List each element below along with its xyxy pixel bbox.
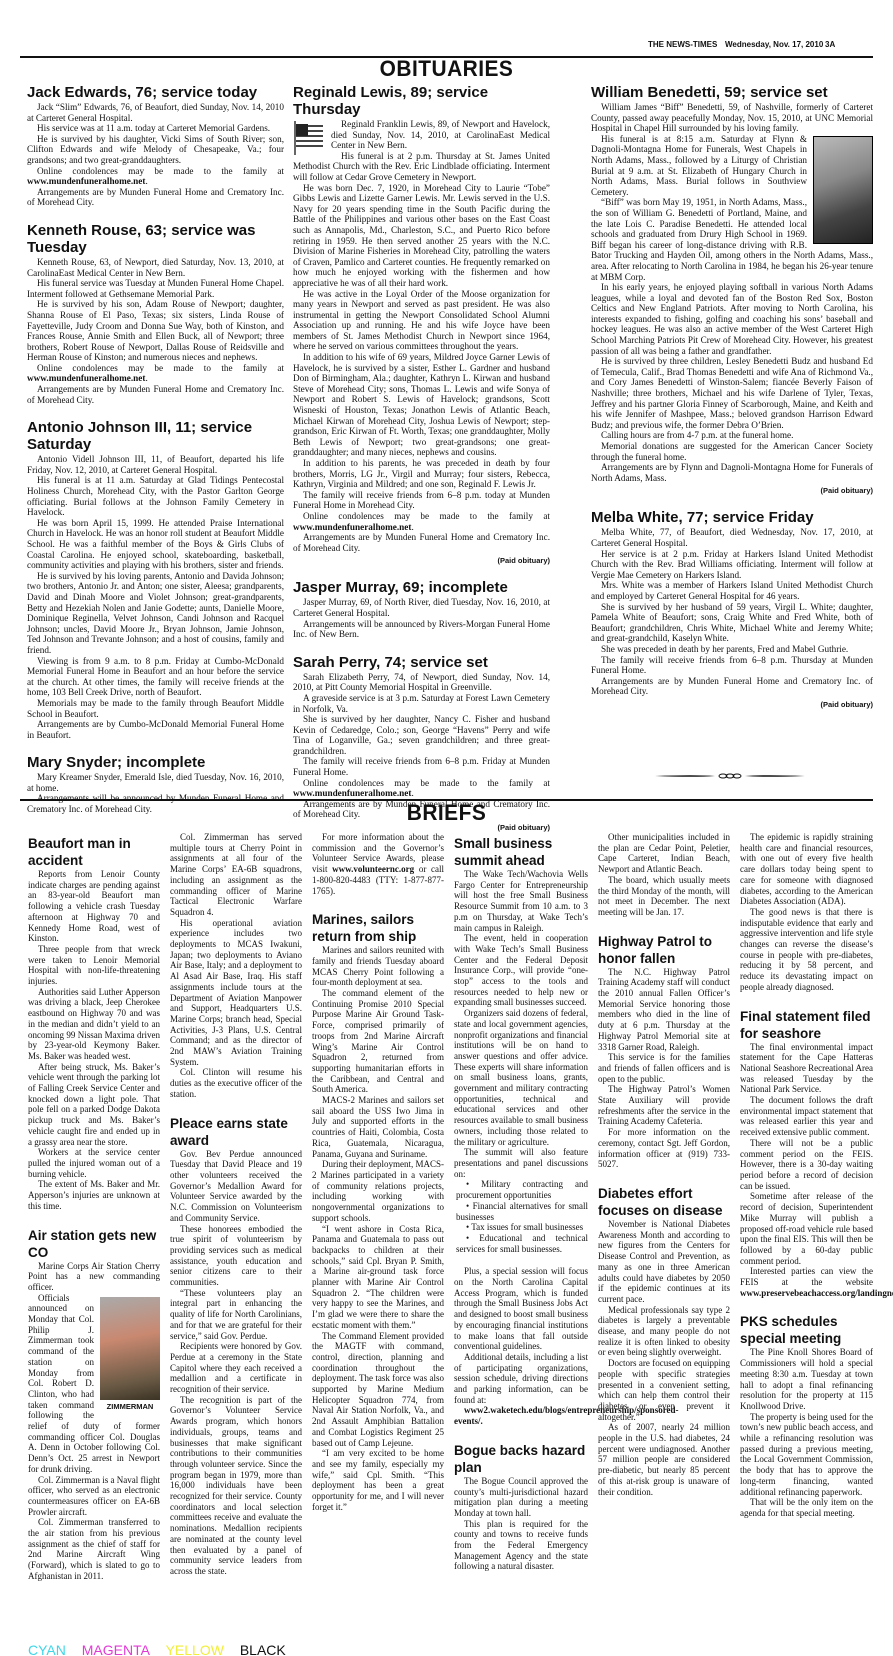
condolence-link[interactable]: www.mundenfuneralhome.net [27,176,145,186]
paragraph: Plus, a special session will focus on th… [454,1266,588,1352]
paragraph: Arrangements are by Cumbo-McDonald Memor… [27,719,284,740]
paragraph: Jasper Murray, 69, of North River, died … [293,597,550,618]
paragraph: Antonio Videll Johnson III, 11, of Beauf… [27,454,284,475]
briefs-column-2: Col. Zimmerman has served multiple tours… [170,832,302,1577]
paragraph: Mary Kreamer Snyder, Emerald Isle, died … [27,772,284,793]
paragraph: Kenneth Rouse, 63, of Newport, died Satu… [27,257,284,278]
paragraph: After being struck, Ms. Baker’s vehicle … [28,1062,160,1148]
paragraph: His operational aviation experience incl… [170,918,302,1068]
obit-murray: Jasper Murray, 69; incomplete Jasper Mur… [293,579,550,639]
paragraph: There will not be a public comment perio… [740,1138,873,1192]
paragraph: The command element of the Continuing Pr… [312,988,444,1095]
brief-diabetes: Diabetes effort focuses on disease Novem… [598,1185,730,1497]
paragraph: Memorials may be made to the family thro… [27,698,284,719]
brief-headline: Small business summit ahead [454,835,588,869]
color-registration-bar: CYAN MAGENTA YELLOW BLACK [28,1642,298,1656]
paragraph: The epidemic is rapidly straining health… [740,832,873,907]
brief-headline: Diabetes effort focuses on disease [598,1185,730,1219]
paragraph: Arrangements are by Munden Funeral Home … [27,187,284,208]
briefs-column-1: Beaufort man in accident Reports from Le… [28,832,160,1582]
paragraph: Melba White, 77, of Beaufort, died Wedne… [591,527,873,548]
obit-lewis: Reginald Lewis, 89; service Thursday Reg… [293,84,550,565]
paragraph: The N.C. Highway Patrol Training Academy… [598,967,730,1053]
paragraph: This service is for the families and fri… [598,1052,730,1084]
zimmerman-photo [100,1297,160,1400]
paragraph: Medical professionals say type 2 diabete… [598,1305,730,1359]
paragraph: The extent of Ms. Baker and Mr. Apperson… [28,1179,160,1211]
paragraph: These honorees embodied the true spirit … [170,1224,302,1288]
brief-pks-meeting: PKS schedules special meeting The Pine K… [740,1313,873,1518]
paragraph: That will be the only item on the agenda… [740,1497,873,1518]
paragraph: November is National Diabetes Awareness … [598,1219,730,1305]
paragraph: In addition to his wife of 69 years, Mil… [293,352,550,458]
obit-headline: William Benedetti, 59; service set [591,84,873,101]
paragraph: “These volunteers play an integral part … [170,1288,302,1342]
paragraph: This plan is required for the county and… [454,1519,588,1573]
paragraph: The property is being used for the town’… [740,1412,873,1498]
paragraph: His funeral service was Tuesday at Munde… [27,278,284,299]
paragraph: • Military contracting and procurement o… [454,1179,588,1200]
publication-name: THE NEWS-TIMES [648,40,717,49]
paid-obituary-label: (Paid obituary) [591,486,873,495]
obit-headline: Jack Edwards, 76; service today [27,84,284,101]
paragraph: • Educational and technical services for… [454,1233,588,1254]
paragraph: He was born April 15, 1999. He attended … [27,518,284,571]
briefs-column-6: The epidemic is rapidly straining health… [740,832,873,1519]
condolence-link[interactable]: www.mundenfuneralhome.net [27,373,145,383]
briefs-column-4: Small business summit ahead The Wake Tec… [454,832,588,1572]
paragraph: Col. Zimmerman transferred to the air st… [28,1517,160,1581]
paragraph: Reginald Franklin Lewis, 89, of Newport … [293,119,550,151]
paragraph: Calling hours are from 4-7 p.m. at the f… [591,430,873,441]
paragraph: The good news is that there is indisputa… [740,907,873,993]
brief-headline: Bogue backs hazard plan [454,1442,588,1476]
paragraph: Online condolences may be made to the fa… [293,511,550,532]
paragraph: Jack “Slim” Edwards, 76, of Beaufort, di… [27,102,284,123]
obit-headline: Sarah Perry, 74; service set [293,654,550,671]
paragraph: Organizers said dozens of federal, state… [454,1008,588,1147]
brief-marines-return: Marines, sailors return from ship Marine… [312,911,444,1512]
brief-headline: Final statement filed for seashore [740,1008,873,1042]
paragraph: She is survived by her daughter, Nancy C… [293,714,550,756]
paragraph: Online condolences may be made to the fa… [27,363,284,384]
brief-headline: Pleace earns state award [170,1115,302,1149]
paragraph: The Highway Patrol’s Women State Auxilia… [598,1084,730,1127]
condolence-link[interactable]: www.mundenfuneralhome.net [293,788,411,798]
brief-seashore-statement: Final statement filed for seashore The f… [740,1008,873,1299]
paragraph: He was born Dec. 7, 1920, in Morehead Ci… [293,183,550,289]
page-number: 3A [825,40,835,49]
section-title-obituaries: OBITUARIES [22,56,870,82]
obit-column-3: William Benedetti, 59; service set Willi… [591,82,873,709]
paragraph: Col. Zimmerman is a Naval flight officer… [28,1475,160,1518]
obit-column-1: Jack Edwards, 76; service today Jack “Sl… [27,82,284,815]
american-flag-icon [293,121,325,155]
paragraph: In his early years, he enjoyed playing s… [591,282,873,356]
brief-highway-patrol: Highway Patrol to honor fallen The N.C. … [598,933,730,1170]
page-header: THE NEWS-TIMES Wednesday, Nov. 17, 2010 … [0,40,893,56]
paid-obituary-label: (Paid obituary) [293,556,550,565]
paragraph: The board, which usually meets the third… [598,875,730,918]
paragraph: His funeral is at 2 p.m. Thursday at St.… [293,151,550,183]
paragraph: His funeral is at 11 a.m. Saturday at Gl… [27,475,284,517]
paragraph: MACS-2 Marines and sailors set sail aboa… [312,1095,444,1159]
obit-rouse: Kenneth Rouse, 63; service was Tuesday K… [27,222,284,405]
obit-headline: Melba White, 77; service Friday [591,509,873,526]
volunteernc-link[interactable]: www.volunteernc.org [332,864,414,874]
paragraph: Arrangements are by Flynn and Dagnoli-Mo… [591,462,873,483]
paragraph: The Pine Knoll Shores Board of Commissio… [740,1347,873,1411]
paragraph: The summit will also feature presentatio… [454,1147,588,1179]
paragraph: Workers at the service center pulled the… [28,1147,160,1179]
brief-pleace-award: Pleace earns state award Gov. Bev Perdue… [170,1115,302,1577]
registration-magenta: MAGENTA [82,1642,150,1656]
obit-headline: Jasper Murray, 69; incomplete [293,579,550,596]
obit-edwards: Jack Edwards, 76; service today Jack “Sl… [27,84,284,208]
brief-headline: Beaufort man in accident [28,835,160,869]
paragraph: Additional details, including a list of … [454,1352,588,1406]
obit-headline: Mary Snyder; incomplete [27,754,284,771]
paragraph: Col. Clinton will resume his duties as t… [170,1067,302,1099]
brief-air-station: Air station gets new CO Marine Corps Air… [28,1227,160,1582]
paragraph: He is survived by his daughter, Vicki Si… [27,134,284,166]
paragraph: “I am very excited to be home and see my… [312,1448,444,1512]
registration-black: BLACK [240,1642,286,1656]
paragraph: A graveside service is at 3 p.m. Saturda… [293,693,550,714]
paragraph: Interested parties can view the FEIS at … [740,1266,873,1298]
brief-beaufort-accident: Beaufort man in accident Reports from Le… [28,835,160,1212]
paragraph: “I went ashore in Costa Rica, Panama and… [312,1224,444,1331]
paragraph: The family will receive friends from 6–8… [293,490,550,511]
paragraph: The Wake Tech/Wachovia Wells Fargo Cente… [454,869,588,933]
paragraph: Doctors are focused on equipping people … [598,1358,730,1422]
condolence-link[interactable]: www.mundenfuneralhome.net [293,522,411,532]
paragraph: His service was at 11 a.m. today at Cart… [27,123,284,134]
photo-caption: ZIMMERMAN [100,1402,160,1411]
paragraph: Viewing is from 9 a.m. to 8 p.m. Friday … [27,656,284,698]
paragraph: Memorial donations are suggested for the… [591,441,873,462]
paragraph: Three people from that wreck were taken … [28,944,160,987]
paid-obituary-label: (Paid obituary) [591,700,873,709]
benedetti-photo [813,136,873,244]
paragraph: The document follows the draft environme… [740,1095,873,1138]
paragraph: Arrangements are by Munden Funeral Home … [293,532,550,553]
obit-benedetti: William Benedetti, 59; service set Willi… [591,84,873,495]
issue-date: Wednesday, Nov. 17, 2010 [725,40,823,49]
obit-headline: Reginald Lewis, 89; service Thursday [293,84,550,118]
paragraph: • Financial alternatives for small busin… [454,1201,588,1222]
paragraph: He is survived by his loving parents, An… [27,571,284,656]
obit-headline: Kenneth Rouse, 63; service was Tuesday [27,222,284,256]
paragraph: The family will receive friends from 6–8… [293,756,550,777]
paragraph: Other municipalities included in the pla… [598,832,730,875]
paragraph: Marines and sailors reunited with family… [312,945,444,988]
paragraph: Sometime after release of the record of … [740,1191,873,1266]
paragraph: Online condolences may be made to the fa… [27,166,284,187]
paragraph: As of 2007, nearly 24 million people in … [598,1422,730,1497]
briefs-column-3: For more information about the commissio… [312,832,444,1512]
obit-column-2: Reginald Lewis, 89; service Thursday Reg… [293,82,550,832]
brief-headline: PKS schedules special meeting [740,1313,873,1347]
paragraph: Online condolences may be made to the fa… [293,778,550,799]
paragraph: The final environmental impact statement… [740,1042,873,1096]
brief-headline: Marines, sailors return from ship [312,911,444,945]
paragraph: Mrs. White was a member of Harkers Islan… [591,580,873,601]
paragraph: During their deployment, MACS-2 Marines … [312,1159,444,1223]
paragraph: Recipients were honored by Gov. Perdue a… [170,1341,302,1395]
paragraph: Marine Corps Air Station Cherry Point ha… [28,1261,160,1293]
paragraph: www2.waketech.edu/blogs/entrepreneurship… [454,1405,588,1426]
paragraph: She is survived by her husband of 59 yea… [591,602,873,644]
paragraph: The Bogue Council approved the county’s … [454,1476,588,1519]
paragraph: Arrangements will be announced by Rivers… [293,619,550,640]
paragraph: Reports from Lenoir County indicate char… [28,869,160,944]
paragraph: Authorities said Luther Apperson was dri… [28,987,160,1062]
obit-headline: Antonio Johnson III, 11; service Saturda… [27,419,284,453]
paragraph: William James “Biff” Benedetti, 59, of N… [591,102,873,134]
registration-cyan: CYAN [28,1642,66,1656]
registration-yellow: YELLOW [166,1642,224,1656]
paragraph: The recognition is part of the Governor’… [170,1395,302,1577]
section-ornament-divider [655,773,805,779]
brief-headline: Highway Patrol to honor fallen [598,933,730,967]
paragraph: She was preceded in death by her parents… [591,644,873,655]
paragraph: Sarah Elizabeth Perry, 74, of Newport, d… [293,672,550,693]
paragraph: For more information about the commissio… [312,832,444,896]
obit-johnson: Antonio Johnson III, 11; service Saturda… [27,419,284,740]
paragraph: Her service is at 2 p.m. Friday at Harke… [591,549,873,581]
briefs-column-5: Other municipalities included in the pla… [598,832,730,1497]
paragraph: Col. Zimmerman has served multiple tours… [170,832,302,918]
paragraph: He is survived by three children, Lesley… [591,356,873,430]
paragraph: He is survived by his son, Adam Rouse of… [27,299,284,363]
section-title-briefs: BRIEFS [22,800,870,826]
paragraph: The event, held in cooperation with Wake… [454,933,588,1008]
paragraph: Arrangements are by Munden Funeral Home … [27,384,284,405]
paragraph: Gov. Bev Perdue announced Tuesday that D… [170,1149,302,1224]
paragraph: For more information on the ceremony, co… [598,1127,730,1170]
brief-headline: Air station gets new CO [28,1227,160,1261]
paragraph: The family will receive friends from 6–8… [591,655,873,676]
paragraph: • Tax issues for small businesses [454,1222,588,1233]
paragraph: In addition to his parents, he was prece… [293,458,550,490]
brief-small-business: Small business summit ahead The Wake Tec… [454,835,588,1427]
paragraph: He was active in the Loyal Order of the … [293,289,550,353]
obit-white: Melba White, 77; service Friday Melba Wh… [591,509,873,709]
feis-link[interactable]: www.preservebeachaccess.org/landingnew/f… [740,1288,893,1298]
paragraph: Arrangements are by Munden Funeral Home … [591,676,873,697]
paragraph: The Command Element provided the MAGTF w… [312,1331,444,1449]
brief-bogue-hazard: Bogue backs hazard plan The Bogue Counci… [454,1442,588,1572]
